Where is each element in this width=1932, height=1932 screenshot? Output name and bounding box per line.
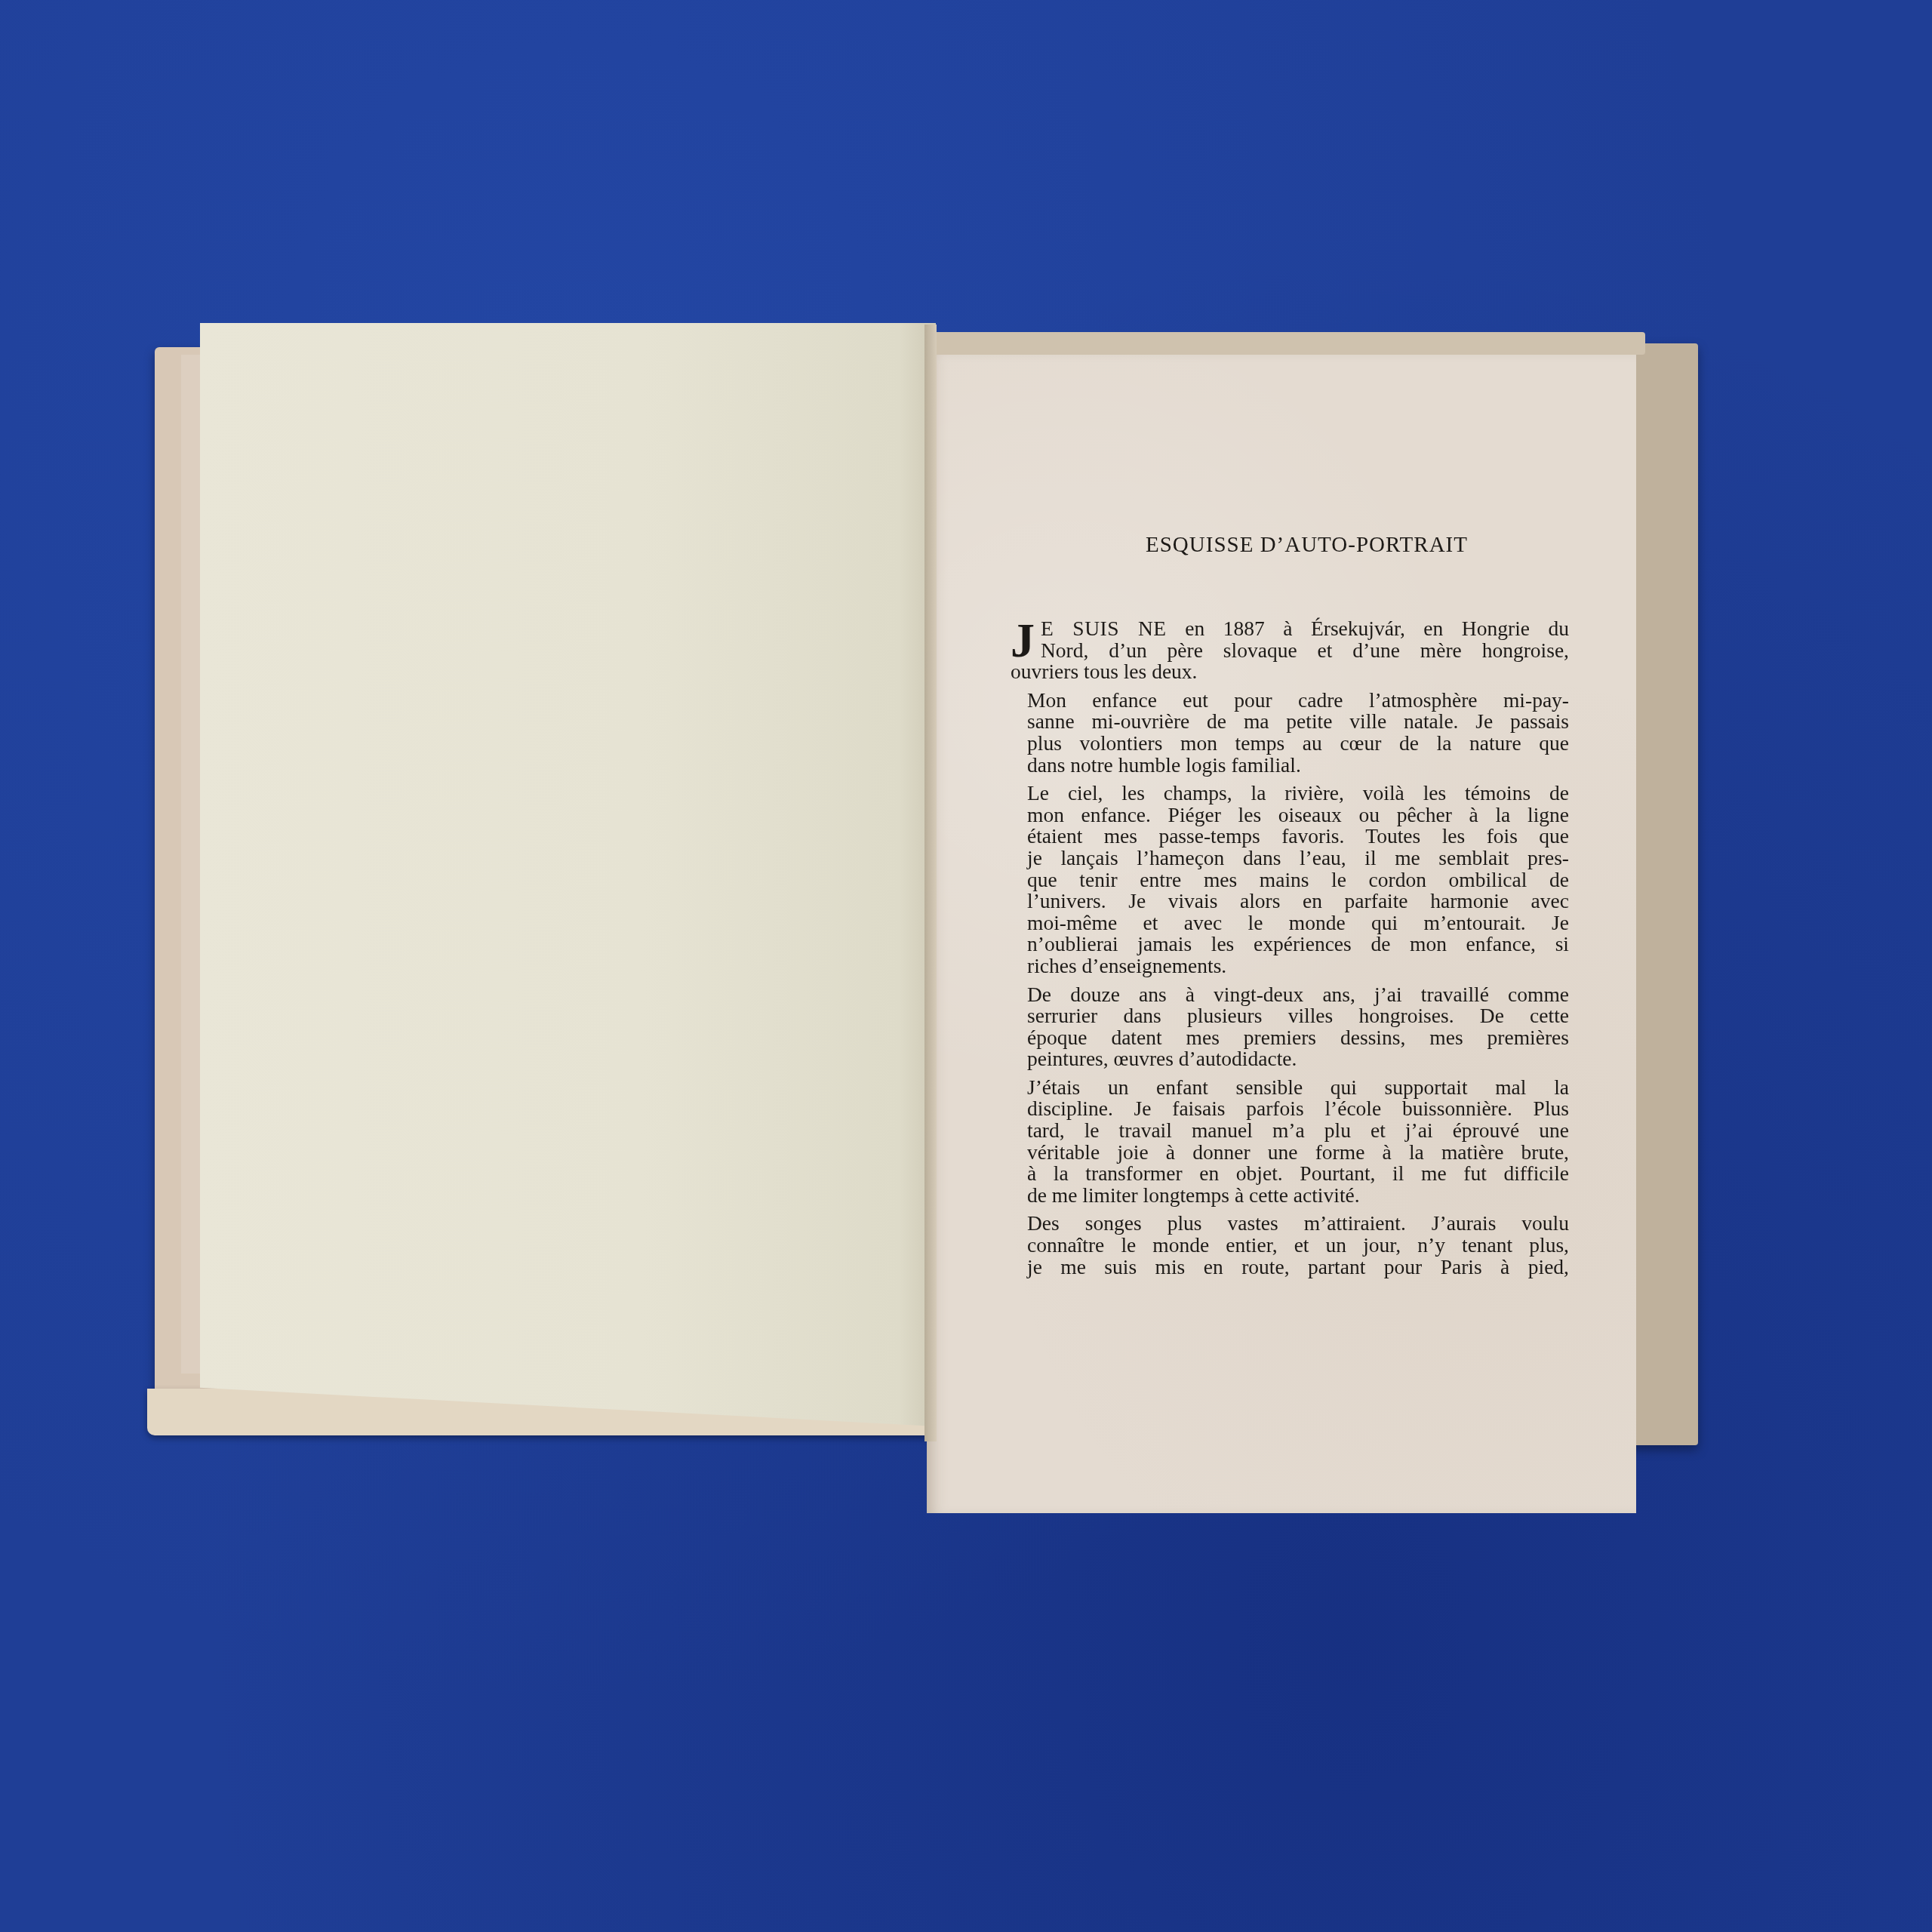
- text-line: ouvriers tous les deux.: [1011, 661, 1569, 683]
- text-line: discipline. Je faisais parfois l’école b…: [1011, 1098, 1569, 1120]
- paragraph-1: J E SUIS NE en 1887 à Érsekujvár, en Hon…: [1011, 618, 1569, 683]
- text-line: véritable joie à donner une forme à la m…: [1011, 1142, 1569, 1164]
- text-line-content: en 1887 à Érsekujvár, en Hongrie du: [1167, 617, 1569, 640]
- text-line: je lançais l’hameçon dans l’eau, il me s…: [1011, 848, 1569, 869]
- lead-caps: E SUIS NE: [1041, 617, 1167, 640]
- text-line: que tenir entre mes mains le cordon ombi…: [1011, 869, 1569, 891]
- paragraph-5: J’étais un enfant sensible qui supportai…: [1011, 1077, 1569, 1207]
- text-line: dans notre humble logis familial.: [1011, 755, 1569, 777]
- text-line: peintures, œuvres d’autodidacte.: [1011, 1048, 1569, 1070]
- text-line: n’oublierai jamais les expériences de mo…: [1011, 934, 1569, 955]
- text-line: De douze ans à vingt-deux ans, j’ai trav…: [1011, 984, 1569, 1006]
- text-line: sanne mi-ouvrière de ma petite ville nat…: [1011, 711, 1569, 733]
- text-line: serrurier dans plusieurs villes hongrois…: [1011, 1005, 1569, 1027]
- left-page-blank-flyleaf: [200, 323, 936, 1426]
- chapter-title: ESQUISSE D’AUTO-PORTRAIT: [1011, 528, 1569, 561]
- book-gutter: [924, 325, 937, 1441]
- paragraph-2: Mon enfance eut pour cadre l’atmosphère …: [1011, 690, 1569, 776]
- text-line: de me limiter longtemps à cette activité…: [1011, 1185, 1569, 1207]
- open-book: ESQUISSE D’AUTO-PORTRAIT J E SUIS NE en …: [0, 0, 1932, 1932]
- text-line: plus volontiers mon temps au cœur de la …: [1011, 733, 1569, 755]
- text-line: tard, le travail manuel m’a plu et j’ai …: [1011, 1120, 1569, 1142]
- text-line: je me suis mis en route, partant pour Pa…: [1011, 1257, 1569, 1278]
- text-line: mon enfance. Piéger les oiseaux ou pêche…: [1011, 804, 1569, 826]
- text-line: moi-même et avec le monde qui m’entourai…: [1011, 912, 1569, 934]
- text-line: J’étais un enfant sensible qui supportai…: [1011, 1077, 1569, 1099]
- paragraph-3: Le ciel, les champs, la rivière, voilà l…: [1011, 783, 1569, 977]
- right-page-text: ESQUISSE D’AUTO-PORTRAIT J E SUIS NE en …: [1011, 528, 1569, 1284]
- text-line: Mon enfance eut pour cadre l’atmosphère …: [1011, 690, 1569, 712]
- paragraph-6: Des songes plus vastes m’attiraient. J’a…: [1011, 1213, 1569, 1278]
- text-line: connaître le monde entier, et un jour, n…: [1011, 1235, 1569, 1257]
- text-line: étaient mes passe-temps favoris. Toutes …: [1011, 826, 1569, 848]
- text-line: Des songes plus vastes m’attiraient. J’a…: [1011, 1213, 1569, 1235]
- text-line: riches d’enseignements.: [1011, 955, 1569, 977]
- text-line: époque datent mes premiers dessins, mes …: [1011, 1027, 1569, 1049]
- text-line: E SUIS NE en 1887 à Érsekujvár, en Hongr…: [1011, 618, 1569, 640]
- text-line: l’univers. Je vivais alors en parfaite h…: [1011, 891, 1569, 912]
- text-line: à la transformer en objet. Pourtant, il …: [1011, 1163, 1569, 1185]
- paragraph-4: De douze ans à vingt-deux ans, j’ai trav…: [1011, 984, 1569, 1070]
- right-cover-top-edge: [928, 332, 1645, 355]
- drop-cap: J: [1011, 621, 1035, 660]
- text-line: Le ciel, les champs, la rivière, voilà l…: [1011, 783, 1569, 804]
- text-line: Nord, d’un père slovaque et d’une mère h…: [1011, 640, 1569, 662]
